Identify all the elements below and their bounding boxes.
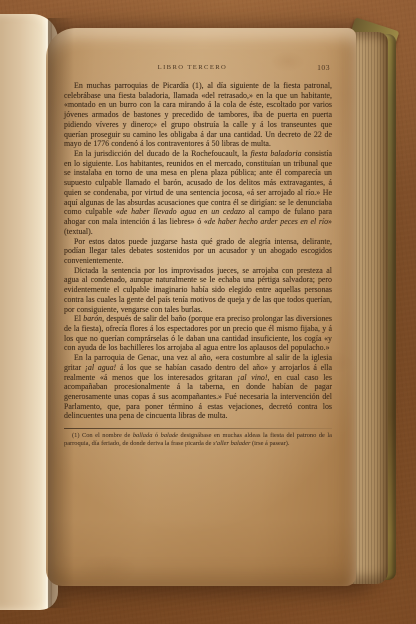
footnote-rule <box>64 428 332 429</box>
paragraph-5: El barón, después de salir del baño (por… <box>64 314 332 353</box>
body-text: En muchas parroquias de Picardía (1), al… <box>64 81 332 421</box>
paragraph-4: Dictada la sentencia por los improvisado… <box>64 266 332 315</box>
text-block: LIBRO TERCERO 103 En muchas parroquias d… <box>64 64 332 448</box>
section-title: LIBRO TERCERO <box>158 64 228 71</box>
book-photo-scene: NCIASd ó la Supremahabían tenidodespués … <box>0 0 416 624</box>
footnote-text: (1) Con el nombre de ballada ó balade de… <box>64 432 332 448</box>
footnote: (1) Con el nombre de ballada ó balade de… <box>64 428 332 448</box>
book-page: LIBRO TERCERO 103 En muchas parroquias d… <box>46 28 356 586</box>
paragraph-6: En la parroquia de Genac, una vez al año… <box>64 353 332 421</box>
running-head: LIBRO TERCERO 103 <box>64 64 332 76</box>
paragraph-1: En muchas parroquias de Picardía (1), al… <box>64 81 332 149</box>
page-number: 103 <box>317 63 330 72</box>
paragraph-2: En la jurisdicción del ducado de la Roch… <box>64 149 332 236</box>
paragraph-3: Por estos datos puede juzgarse hasta qué… <box>64 237 332 266</box>
